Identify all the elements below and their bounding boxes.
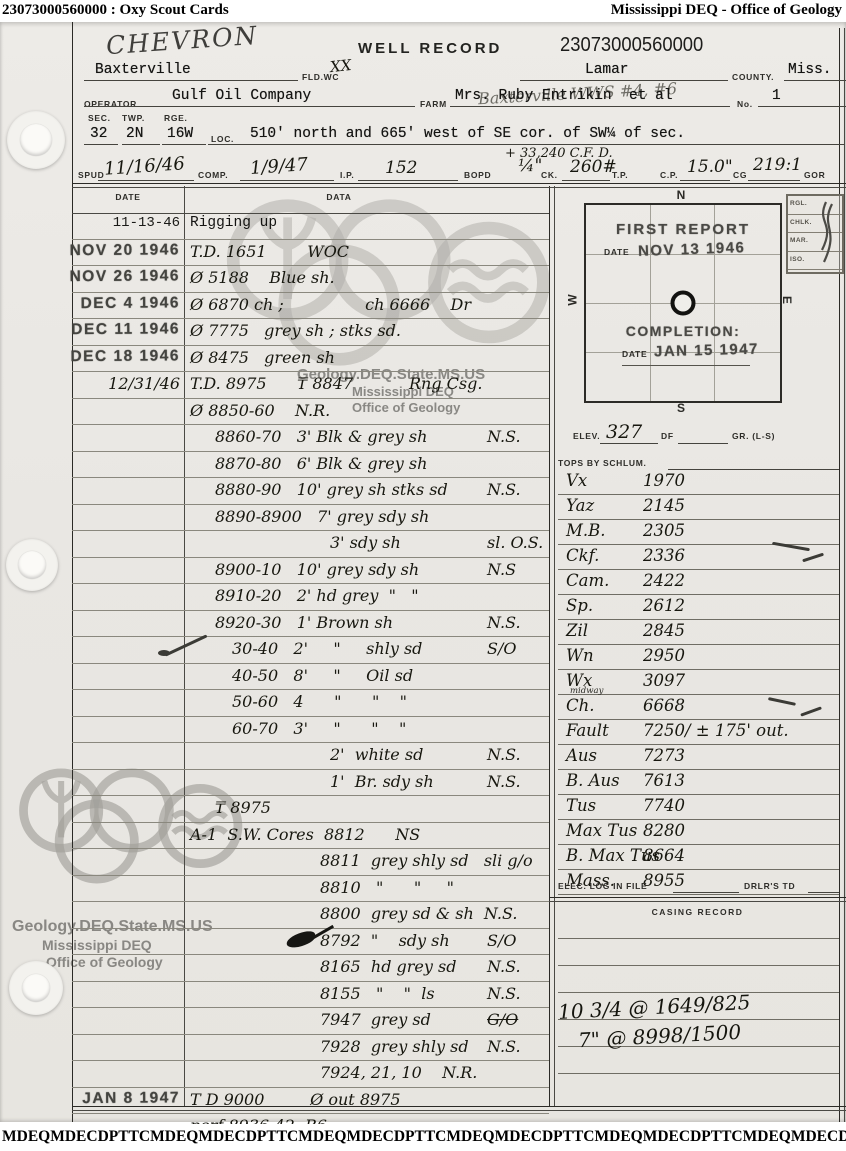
log-entry-text: 8811 grey shly sd sli g/o xyxy=(320,851,533,870)
footer-item: MDECD xyxy=(495,1128,554,1146)
top-name: Ch. xyxy=(566,696,595,715)
log-row: DEC 11 1946Ø 7775 grey sh ; stks sd. xyxy=(72,319,549,346)
county-value: Lamar xyxy=(585,62,629,78)
log-row: NOV 20 1946T.D. 1651 WOC xyxy=(72,240,549,267)
log-entry-text: 8870-80 6' Blk & grey sh xyxy=(215,454,427,473)
log-entry-text: 1' Br. sdy sh xyxy=(330,772,434,791)
top-depth: 2422 xyxy=(643,571,685,590)
field-underline xyxy=(84,80,298,81)
footer-item: MDEQ xyxy=(743,1128,791,1146)
top-depth: 1970 xyxy=(643,471,685,490)
top-name: Sp. xyxy=(566,596,593,615)
log-row: 50-60 4 " " " xyxy=(72,690,549,717)
log-row: 8155 " " lsN.S. xyxy=(72,982,549,1009)
operator-underline xyxy=(84,106,415,107)
log-entry-note: G/O xyxy=(487,1010,518,1029)
top-row: Fault7250/ ± 175' out. xyxy=(558,720,839,745)
footer-item: MDEQ xyxy=(595,1128,643,1146)
twp-label: TWP. xyxy=(122,113,145,123)
classification-label: RGL. xyxy=(790,200,807,207)
tp-label: T.P. xyxy=(612,170,628,180)
log-row: 11-13-46Rigging up xyxy=(72,213,549,240)
log-date: NOV 26 1946 xyxy=(8,267,180,286)
log-row: JAN 8 1947T D 9000 Ø out 8975 xyxy=(72,1088,549,1115)
compass-north-label: N xyxy=(584,188,778,202)
log-entry-note: N.S. xyxy=(487,957,521,976)
farm-value: Mrs. Ruby Entrikin et al xyxy=(455,88,673,104)
top-name: Fault xyxy=(566,721,609,740)
tp-value: 260# xyxy=(570,157,617,177)
top-name: B. Aus xyxy=(566,771,620,790)
log-row: 8860-70 3' Blk & grey shN.S. xyxy=(72,425,549,452)
elec-log-label: ELEC. LOG IN FILE xyxy=(558,881,647,891)
log-row: 8910-20 2' hd grey " " xyxy=(72,584,549,611)
punch-hole xyxy=(22,974,50,1002)
top-row: B. Aus7613 xyxy=(558,770,839,795)
footer-item: MDEQ xyxy=(446,1128,494,1146)
elev-value: 327 xyxy=(606,421,642,443)
well-location-symbol xyxy=(671,291,696,316)
top-name: Max Tus xyxy=(566,821,637,840)
log-entry-note: N.S. xyxy=(487,984,521,1003)
twp-value: 2N xyxy=(126,126,143,142)
top-row: Wn2950 xyxy=(558,645,839,670)
log-entry-text: 30-40 2' " shly sd xyxy=(232,639,422,658)
column-divider xyxy=(549,186,550,1106)
log-entry-note: N.S. xyxy=(487,1037,521,1056)
log-row: Ø 8850-60 N.R. xyxy=(72,399,549,426)
compass-west-label: W xyxy=(566,294,580,305)
log-entry-text: 8810 " " " xyxy=(320,878,454,897)
log-date: DEC 11 1946 xyxy=(8,320,180,339)
top-row: Ch.6668 xyxy=(558,695,839,720)
log-row: DEC 18 1946Ø 8475 green sh xyxy=(72,346,549,373)
log-entry-text: T D 9000 Ø out 8975 xyxy=(190,1090,401,1109)
tops-rows: Vx1970Yaz2145M.B.2305Ckf.2336Cam.2422Sp.… xyxy=(558,470,839,895)
elev-label: ELEV. xyxy=(573,431,600,441)
card-title: WELL RECORD xyxy=(358,40,502,57)
log-entry-text: 7928 grey shly sd xyxy=(320,1037,469,1056)
state-value: Miss. xyxy=(788,62,832,78)
log-entry-text: 8800 grey sd & sh N.S. xyxy=(320,904,517,923)
log-entry-text: 7947 grey sd xyxy=(320,1010,431,1029)
top-row: Aus7273 xyxy=(558,745,839,770)
log-entry-text: 8900-10 10' grey sdy sh xyxy=(215,560,419,579)
top-row: Tus7740 xyxy=(558,795,839,820)
first-report-date-stamp: NOV 13 1946 xyxy=(638,239,746,260)
loc-value: 510' north and 665' west of SE cor. of S… xyxy=(250,126,685,142)
log-entry-text: T.D. 1651 WOC xyxy=(190,242,349,261)
log-entry-note: N.S. xyxy=(487,480,521,499)
log-entry-text: Ø 8475 green sh xyxy=(190,348,335,367)
top-depth: 2612 xyxy=(643,596,685,615)
log-entry-text: 8910-20 2' hd grey " " xyxy=(215,586,419,605)
data-column-header: DATA xyxy=(184,192,494,202)
pen-mark xyxy=(158,650,170,656)
first-report-date-label: DATE xyxy=(604,247,629,257)
top-depth: 7740 xyxy=(643,796,685,815)
log-entry-text: A-1 S.W. Cores 8812 NS xyxy=(190,825,420,844)
sec-underline xyxy=(84,144,118,145)
top-depth: 6668 xyxy=(643,696,685,715)
comp-value: 1/9/47 xyxy=(249,154,308,179)
top-row: Cam.2422 xyxy=(558,570,839,595)
top-depth: 7250/ ± 175' out. xyxy=(643,721,789,740)
log-row: 60-70 3' " " " xyxy=(72,717,549,744)
log-date: DEC 4 1946 xyxy=(8,294,180,313)
compass-south-label: S xyxy=(584,401,778,415)
ip-label: I.P. xyxy=(340,170,354,180)
completion-date-label: DATE xyxy=(622,349,647,359)
log-row: 8165 hd grey sdN.S. xyxy=(72,955,549,982)
page-header-left: 23073000560000 : Oxy Scout Cards xyxy=(2,2,229,19)
field-name-value: Baxterville xyxy=(95,62,191,78)
tops-heading: TOPS BY SCHLUM. xyxy=(558,458,647,468)
log-row: 8920-30 1' Brown shN.S. xyxy=(72,611,549,638)
log-row: DEC 4 1946Ø 6870 ch ; ch 6666 Dr xyxy=(72,293,549,320)
state-underline xyxy=(784,80,846,81)
log-entry-note: sl. O.S. xyxy=(487,533,543,552)
log-entry-note: N.S. xyxy=(487,613,521,632)
top-name: Ckf. xyxy=(566,546,599,565)
ip-underline xyxy=(358,180,458,181)
log-date: 12/31/46 xyxy=(8,374,180,393)
log-row: 12/31/46T.D. 8975 ₸ 8847 Rng Csg. xyxy=(72,372,549,399)
log-entry-text: 8860-70 3' Blk & grey sh xyxy=(215,427,427,446)
comp-underline xyxy=(240,180,334,181)
log-row: 2' white sdN.S. xyxy=(72,743,549,770)
log-row: 8890-8900 7' grey sdy sh xyxy=(72,505,549,532)
completion-underline xyxy=(622,365,750,366)
top-row: Sp.2612 xyxy=(558,595,839,620)
log-entry-text: 50-60 4 " " " xyxy=(232,692,407,711)
completion-date-stamp: JAN 15 1947 xyxy=(654,341,759,361)
ip-value: 152 xyxy=(385,158,417,178)
top-depth: 2145 xyxy=(643,496,685,515)
well-no-label: No. xyxy=(737,99,753,109)
log-entry-text: Ø 5188 Blue sh. xyxy=(190,268,335,287)
log-entry-note: S/O xyxy=(487,931,516,950)
cp-label: C.P. xyxy=(660,170,678,180)
completion-stamp: COMPLETION: xyxy=(586,323,780,339)
footer-item: MDECD xyxy=(198,1128,257,1146)
header-separator xyxy=(72,183,846,184)
log-row: 8900-10 10' grey sdy shN.S xyxy=(72,558,549,585)
casing-rule xyxy=(558,965,839,966)
rge-label: RGE. xyxy=(164,113,188,123)
operator-label: OPERATOR xyxy=(84,99,137,109)
comp-label: COMP. xyxy=(198,170,228,180)
log-entry-text: 8792 " sdy sh xyxy=(320,931,450,950)
classification-label: ISO. xyxy=(790,256,805,263)
top-depth: 7273 xyxy=(643,746,685,765)
top-row: Yaz2145 xyxy=(558,495,839,520)
well-no-underline xyxy=(758,106,846,107)
top-name: Aus xyxy=(566,746,597,765)
top-row: Zil2845 xyxy=(558,620,839,645)
top-row: Ckf.2336 xyxy=(558,545,839,570)
log-rows: 11-13-46Rigging upNOV 20 1946T.D. 1651 W… xyxy=(72,213,549,1141)
punch-hole xyxy=(18,551,46,579)
footer-item: MDECD xyxy=(643,1128,702,1146)
card-right-border xyxy=(844,28,845,1122)
log-entry-text: 3' sdy sh xyxy=(330,533,401,552)
farm-underline xyxy=(450,106,730,107)
log-row: NOV 26 1946Ø 5188 Blue sh. xyxy=(72,266,549,293)
punch-hole xyxy=(20,124,52,156)
log-row: 8880-90 10' grey sh stks sdN.S. xyxy=(72,478,549,505)
footer-item: PTTC xyxy=(257,1128,298,1146)
top-name: Wn xyxy=(566,646,594,665)
log-entry-note: N.S xyxy=(487,560,516,579)
location-plot: FIRST REPORT DATE NOV 13 1946 COMPLETION… xyxy=(584,203,782,403)
well-no-value: 1 xyxy=(772,88,781,104)
footer-item: MDECD xyxy=(346,1128,405,1146)
log-entry-text: 60-70 3' " " " xyxy=(232,719,406,738)
log-entry-text: 2' white sd xyxy=(330,745,423,764)
ink-blot xyxy=(285,929,317,950)
footer-strip: MDEQMDECDPTTCMDEQMDECDPTTCMDEQMDECDPTTCM… xyxy=(0,1124,846,1150)
log-entry-note: N.S. xyxy=(487,772,521,791)
tp-underline xyxy=(562,180,610,181)
cg-label: CG xyxy=(733,170,747,180)
log-row: 7928 grey shly sdN.S. xyxy=(72,1035,549,1062)
log-row: 30-40 2' " shly sdS/O xyxy=(72,637,549,664)
scout-card-page: 23073000560000 : Oxy Scout Cards Mississ… xyxy=(0,0,846,1151)
log-entry-text: Ø 8850-60 N.R. xyxy=(190,401,330,420)
casing-record-heading: CASING RECORD xyxy=(556,907,839,917)
log-row: 7947 grey sdG/O xyxy=(72,1008,549,1035)
log-row: 8792 " sdy shS/O xyxy=(72,929,549,956)
top-depth: 2950 xyxy=(643,646,685,665)
footer-item: MDEQ xyxy=(150,1128,198,1146)
log-date: NOV 20 1946 xyxy=(8,241,180,260)
top-depth: 2845 xyxy=(643,621,685,640)
log-entry-text: T.D. 8975 ₸ 8847 Rng Csg. xyxy=(190,374,482,393)
log-entry-text: 40-50 8' " Oil sd xyxy=(232,666,413,685)
log-row: 7924, 21, 10 N.R. xyxy=(72,1061,549,1088)
casing-separator xyxy=(549,897,846,898)
log-row: 8800 grey sd & sh N.S. xyxy=(72,902,549,929)
top-row: M.B.2305 xyxy=(558,520,839,545)
api-number: 23073000560000 xyxy=(560,34,703,57)
spud-label: SPUD xyxy=(78,170,104,180)
county-label: COUNTY. xyxy=(732,72,774,82)
casing-rule xyxy=(558,1073,839,1074)
sec-value: 32 xyxy=(90,126,107,142)
top-name: Vx xyxy=(566,471,587,490)
log-row: ₸ 8975 xyxy=(72,796,549,823)
top-depth: 3097 xyxy=(643,671,685,690)
top-name: M.B. xyxy=(566,521,606,540)
log-row: A-1 S.W. Cores 8812 NS xyxy=(72,823,549,850)
log-entry-note: S/O xyxy=(487,639,516,658)
log-entry-text: Rigging up xyxy=(190,215,277,231)
cp-underline xyxy=(680,180,730,181)
casing-separator xyxy=(549,901,846,902)
log-entry-text: 8920-30 1' Brown sh xyxy=(215,613,393,632)
date-column-header: DATE xyxy=(72,192,184,202)
footer-item: PTTC xyxy=(701,1128,742,1146)
df-underline xyxy=(678,443,728,444)
field-overwrite-xx: XX xyxy=(329,56,352,76)
top-depth: 8280 xyxy=(643,821,685,840)
drlrs-td-label: DRLR'S TD xyxy=(744,881,795,891)
card-right-border xyxy=(839,28,840,1122)
footer-item: MDEQ xyxy=(2,1128,50,1146)
classification-stamp: RGL. CHLK. MAR. ISO. xyxy=(786,194,844,274)
footer-item: MDEQ xyxy=(298,1128,346,1146)
footer-item: MDECD xyxy=(50,1128,109,1146)
log-entry-text: ₸ 8975 xyxy=(215,798,271,817)
gor-underline xyxy=(748,180,800,181)
log-row: 1' Br. sdy shN.S. xyxy=(72,770,549,797)
elev-underline xyxy=(600,443,658,444)
top-depth: 2336 xyxy=(643,546,685,565)
log-date: DEC 18 1946 xyxy=(8,347,180,366)
choke-value: ¼" xyxy=(518,156,542,176)
footer-item: PTTC xyxy=(109,1128,150,1146)
gor-value: 219:1 xyxy=(753,155,802,175)
loc-underline xyxy=(208,144,844,145)
sec-label: SEC. xyxy=(88,113,111,123)
log-row: 8811 grey shly sd sli g/o xyxy=(72,849,549,876)
top-depth: 8664 xyxy=(643,846,685,865)
footer-item: PTTC xyxy=(405,1128,446,1146)
first-report-stamp: FIRST REPORT xyxy=(586,221,780,238)
rge-underline xyxy=(162,144,206,145)
top-name: Tus xyxy=(566,796,596,815)
elec-underline xyxy=(673,892,739,893)
spud-underline xyxy=(98,180,194,181)
top-row: B. Max Tus8664 xyxy=(558,845,839,870)
bopd-label: BOPD xyxy=(464,170,491,180)
ck-label: CK. xyxy=(541,170,558,180)
farm-label: FARM xyxy=(420,99,447,109)
top-row: Max Tus8280 xyxy=(558,820,839,845)
rge-value: 16W xyxy=(167,126,193,142)
top-name: Yaz xyxy=(566,496,594,515)
loc-label: LOC. xyxy=(211,134,234,144)
log-entry-text: Ø 6870 ch ; ch 6666 Dr xyxy=(190,295,471,314)
column-divider xyxy=(554,186,555,1106)
df-label: DF xyxy=(661,431,674,441)
log-row: 3' sdy shsl. O.S. xyxy=(72,531,549,558)
log-row: 8870-80 6' Blk & grey sh xyxy=(72,452,549,479)
log-entry-text: 8155 " " ls xyxy=(320,984,435,1003)
log-date: JAN 8 1947 xyxy=(8,1089,180,1108)
log-row: 40-50 8' " Oil sd xyxy=(72,664,549,691)
log-entry-text: Ø 7775 grey sh ; stks sd. xyxy=(190,321,401,340)
top-depth: 2305 xyxy=(643,521,685,540)
cp-value: 15.0" xyxy=(687,157,733,177)
casing-rule xyxy=(558,938,839,939)
log-entry-note: N.S. xyxy=(487,745,521,764)
gor-label: GOR xyxy=(804,170,825,180)
drlrs-underline xyxy=(808,892,839,893)
log-entry-note: N.S. xyxy=(487,427,521,446)
footer-item: MDECD xyxy=(791,1128,846,1146)
top-name: Cam. xyxy=(566,571,609,590)
log-entry-text: 8165 hd grey sd xyxy=(320,957,456,976)
handwritten-initials xyxy=(806,198,838,268)
log-entry-text: 8880-90 10' grey sh stks sd xyxy=(215,480,448,499)
gr-label: GR. (L-S) xyxy=(732,431,775,441)
log-date: 11-13-46 xyxy=(8,215,180,231)
log-row: 8810 " " " xyxy=(72,876,549,903)
top-row: Wxmidway3097 xyxy=(558,670,839,695)
twp-underline xyxy=(122,144,160,145)
top-depth: 8955 xyxy=(643,871,685,890)
log-entry-text: 7924, 21, 10 N.R. xyxy=(320,1063,477,1082)
top-depth: 7613 xyxy=(643,771,685,790)
compass-east-label: E xyxy=(780,296,794,304)
page-header-right: Mississippi DEQ - Office of Geology xyxy=(611,2,842,19)
operator-value: Gulf Oil Company xyxy=(172,88,311,104)
log-entry-text: 8890-8900 7' grey sdy sh xyxy=(215,507,429,526)
top-row: Vx1970 xyxy=(558,470,839,495)
top-name: Zil xyxy=(566,621,588,640)
footer-item: PTTC xyxy=(553,1128,594,1146)
